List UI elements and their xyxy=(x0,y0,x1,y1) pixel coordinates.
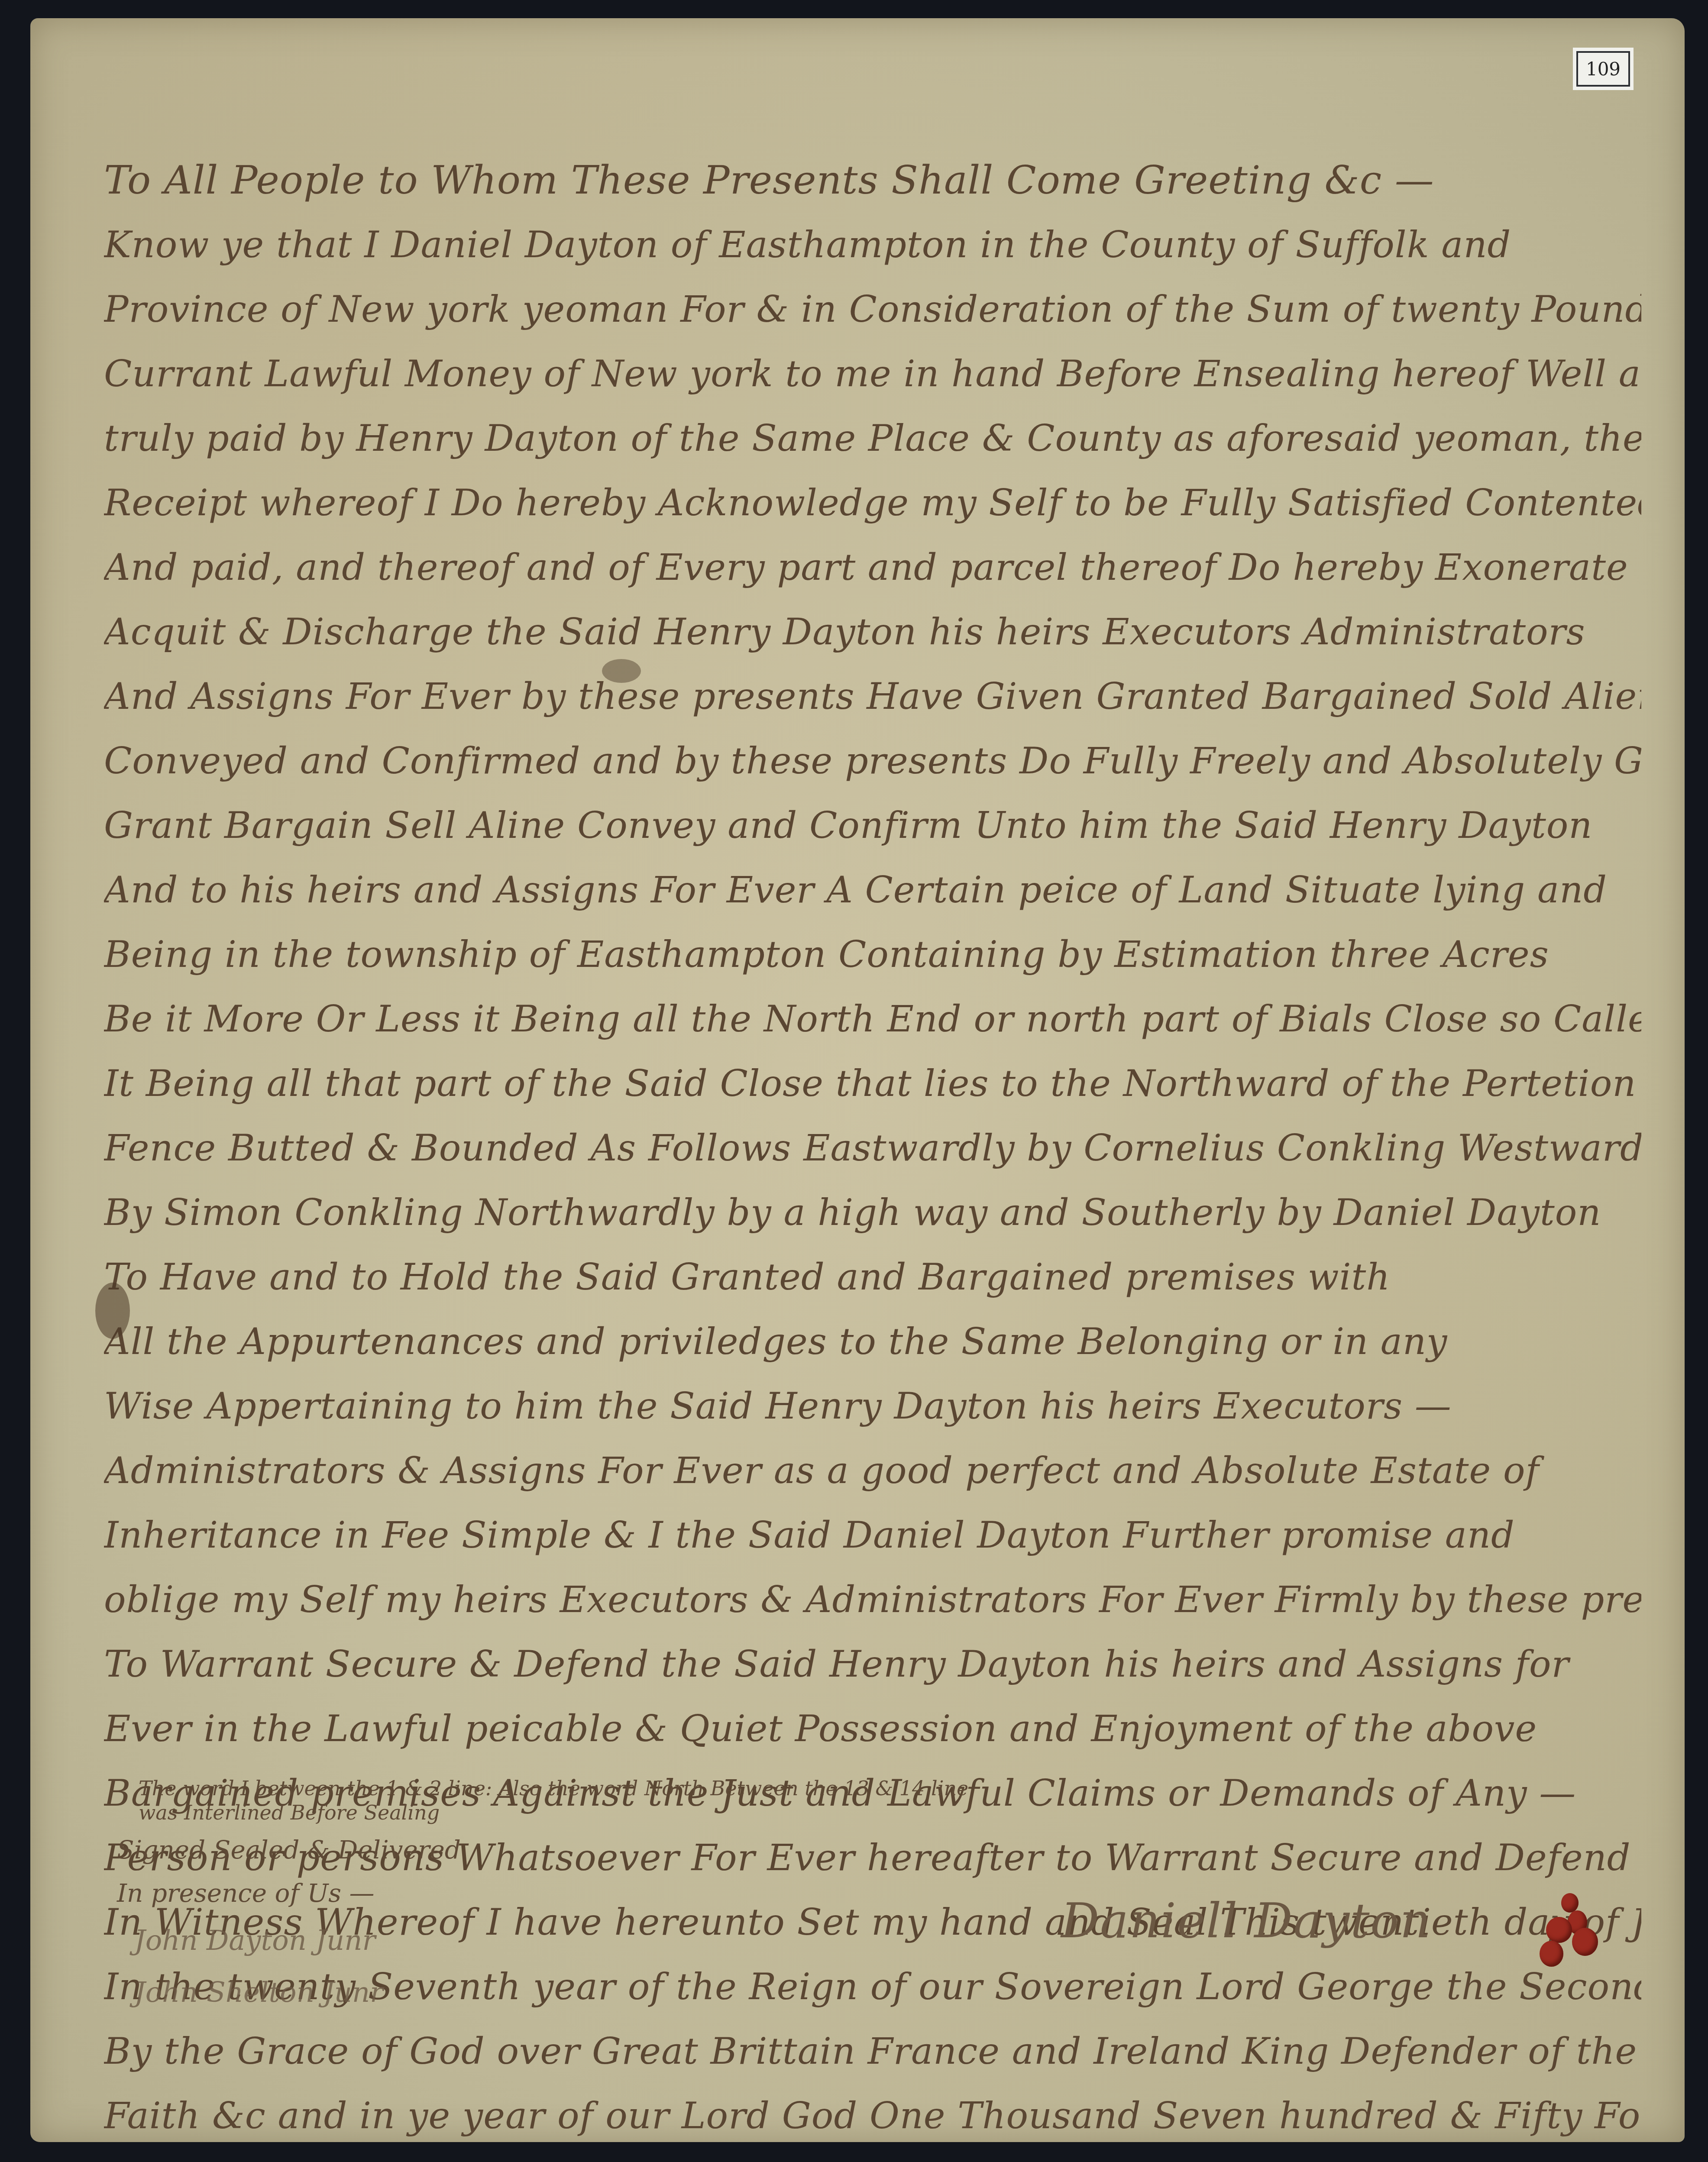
deed-line: truly paid by Henry Dayton of the Same P… xyxy=(104,406,1641,471)
deed-line: Province of New york yeoman For & in Con… xyxy=(104,277,1641,342)
attestation-block: Signed Sealed & Delivered In presence of… xyxy=(117,1828,461,2019)
deed-line: Currant Lawful Money of New york to me i… xyxy=(104,342,1641,406)
ink-blot xyxy=(602,659,641,683)
deed-line: Wise Appertaining to him the Said Henry … xyxy=(104,1374,1641,1438)
deed-line: Receipt whereof I Do hereby Acknowledge … xyxy=(104,471,1641,535)
deed-line: Grant Bargain Sell Aline Convey and Conf… xyxy=(104,793,1641,858)
interlineation-note: The word I between the 1 & 2 line: Also … xyxy=(139,1776,1221,1825)
deed-line: Faith &c and in ye year of our Lord God … xyxy=(104,2084,1641,2148)
deed-line: To All People to Whom These Presents Sha… xyxy=(104,148,1641,213)
witness-signature: John Shelton Junr xyxy=(117,1967,461,2019)
deed-line: Be it More Or Less it Being all the Nort… xyxy=(104,987,1641,1051)
deed-line: Conveyed and Confirmed and by these pres… xyxy=(104,729,1641,793)
deed-line: Acquit & Discharge the Said Henry Dayton… xyxy=(104,600,1641,664)
deed-line: By Simon Conkling Northwardly by a high … xyxy=(104,1180,1641,1245)
deed-line: To Have and to Hold the Said Granted and… xyxy=(104,1245,1641,1309)
attestation-line: Signed Sealed & Delivered xyxy=(117,1828,461,1871)
deed-line: Being in the township of Easthampton Con… xyxy=(104,922,1641,987)
deed-line: By the Grace of God over Great Brittain … xyxy=(104,2019,1641,2084)
deed-line: And Assigns For Ever by these presents H… xyxy=(104,664,1641,729)
grantor-signature: Daniell Dayton xyxy=(1061,1893,1431,1949)
deed-line: It Being all that part of the Said Close… xyxy=(104,1051,1641,1116)
deed-line: Ever in the Lawful peicable & Quiet Poss… xyxy=(104,1697,1641,1761)
deed-line: Know ye that I Daniel Dayton of Easthamp… xyxy=(104,213,1641,277)
deed-line: And to his heirs and Assigns For Ever A … xyxy=(104,858,1641,922)
attestation-line: In presence of Us — xyxy=(117,1871,461,1915)
document-page: 109 To All People to Whom These Presents… xyxy=(30,18,1685,2142)
interlineation-note-line: The word I between the 1 & 2 line: Also … xyxy=(139,1776,1221,1800)
page-number-label: 109 xyxy=(1573,48,1634,90)
wax-seal-icon xyxy=(1537,1893,1602,1967)
deed-line: Administrators & Assigns For Ever as a g… xyxy=(104,1438,1641,1503)
ink-blot xyxy=(95,1283,130,1339)
witness-signature: John Dayton Junr xyxy=(117,1915,461,1967)
deed-line: To Warrant Secure & Defend the Said Henr… xyxy=(104,1632,1641,1697)
interlineation-note-line: was Interlined Before Sealing xyxy=(139,1800,1221,1825)
deed-line: oblige my Self my heirs Executors & Admi… xyxy=(104,1567,1641,1632)
deed-line: Inheritance in Fee Simple & I the Said D… xyxy=(104,1503,1641,1567)
deed-line: All the Appurtenances and priviledges to… xyxy=(104,1309,1641,1374)
deed-line: Fence Butted & Bounded As Follows Eastwa… xyxy=(104,1116,1641,1180)
deed-line: And paid, and thereof and of Every part … xyxy=(104,535,1641,600)
